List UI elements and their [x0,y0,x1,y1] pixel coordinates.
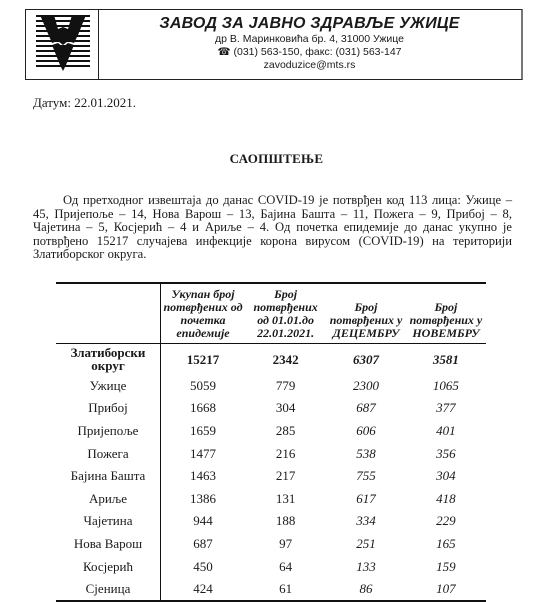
cases-table: Укупан број потврђених од почетка епидем… [56,282,486,602]
cell-november: 418 [406,487,486,510]
cell-total: 1463 [161,464,246,487]
header-november: Број потврђених у НОВЕМБРУ [406,283,486,344]
municipality-name: Ариље [56,487,161,510]
cell-jan: 2342 [245,344,326,375]
document-date: Датум: 22.01.2021. [33,95,136,111]
municipality-name: Прибој [56,397,161,420]
cell-december: 334 [326,510,406,533]
cell-december: 606 [326,419,406,442]
municipality-name: Косјерић [56,555,161,578]
table-header-row: Укупан број потврђених од почетка епидем… [56,283,486,344]
cell-november: 165 [406,532,486,555]
document-title: САОПШТЕЊЕ [0,151,553,167]
cell-jan: 131 [245,487,326,510]
cell-december: 687 [326,397,406,420]
table-row: Пожега1477216538356 [56,442,486,465]
cell-total: 5059 [161,374,246,397]
organization-phone: ☎ (031) 563-150, факс: (031) 563-147 [98,46,521,59]
cell-total: 15217 [161,344,246,375]
cell-jan: 304 [245,397,326,420]
organization-info: ЗАВОД ЗА ЈАВНО ЗДРАВЉЕ УЖИЦЕ др В. Марин… [98,14,521,72]
cell-november: 401 [406,419,486,442]
cell-november: 356 [406,442,486,465]
cell-jan: 64 [245,555,326,578]
header-total-since-start: Укупан број потврђених од почетка епидем… [161,283,246,344]
header-december: Број потврђених у ДЕЦЕМБРУ [326,283,406,344]
municipality-name: Пријепоље [56,419,161,442]
header-since-jan: Број потврђених од 01.01.до 22.01.2021. [245,283,326,344]
cell-december: 538 [326,442,406,465]
table-row-total: Златиборски округ 15217 2342 6307 3581 [56,344,486,375]
cell-jan: 217 [245,464,326,487]
cell-november: 377 [406,397,486,420]
cell-november: 107 [406,577,486,601]
cell-total: 1668 [161,397,246,420]
table-row: Бајина Башта1463217755304 [56,464,486,487]
cell-jan: 779 [245,374,326,397]
cell-total: 424 [161,577,246,601]
cell-total: 450 [161,555,246,578]
table-row: Косјерић45064133159 [56,555,486,578]
cell-december: 133 [326,555,406,578]
municipality-name: Чајетина [56,510,161,533]
cell-jan: 61 [245,577,326,601]
cell-total: 1659 [161,419,246,442]
municipality-name: Бајина Башта [56,464,161,487]
table-row: Пријепоље1659285606401 [56,419,486,442]
table-row: Прибој1668304687377 [56,397,486,420]
cell-november: 229 [406,510,486,533]
cell-jan: 285 [245,419,326,442]
cell-december: 755 [326,464,406,487]
table-row: Сјеница4246186107 [56,577,486,601]
cell-jan: 216 [245,442,326,465]
institute-logo-icon [34,13,92,75]
cell-december: 251 [326,532,406,555]
cell-total: 1386 [161,487,246,510]
table-row: Чајетина944188334229 [56,510,486,533]
organization-email: zavoduzice@mts.rs [98,59,521,72]
table-row: Ариље1386131617418 [56,487,486,510]
cell-november: 304 [406,464,486,487]
cell-jan: 188 [245,510,326,533]
organization-address: др В. Маринковића бр. 4, 31000 Ужице [98,33,521,46]
cell-total: 944 [161,510,246,533]
table-row: Нова Варош68797251165 [56,532,486,555]
cell-total: 1477 [161,442,246,465]
cell-december: 86 [326,577,406,601]
organization-name: ЗАВОД ЗА ЈАВНО ЗДРАВЉЕ УЖИЦЕ [98,14,521,33]
municipality-name: Сјеница [56,577,161,601]
municipality-name: Пожега [56,442,161,465]
phone-fax-text: (031) 563-150, факс: (031) 563-147 [233,46,401,58]
cell-december: 2300 [326,374,406,397]
district-name: Златиборски округ [56,344,161,375]
cell-november: 159 [406,555,486,578]
cell-december: 617 [326,487,406,510]
cell-jan: 97 [245,532,326,555]
table-row: Ужице505977923001065 [56,374,486,397]
announcement-paragraph: Од претходног извештаја до данас COVID-1… [33,194,512,262]
logo-cell [26,10,99,79]
municipality-name: Нова Варош [56,532,161,555]
letterhead: ЗАВОД ЗА ЈАВНО ЗДРАВЉЕ УЖИЦЕ др В. Марин… [25,9,523,80]
municipality-name: Ужице [56,374,161,397]
cell-november: 3581 [406,344,486,375]
header-empty [56,283,161,344]
phone-icon: ☎ [217,46,230,58]
cell-november: 1065 [406,374,486,397]
cell-december: 6307 [326,344,406,375]
cell-total: 687 [161,532,246,555]
